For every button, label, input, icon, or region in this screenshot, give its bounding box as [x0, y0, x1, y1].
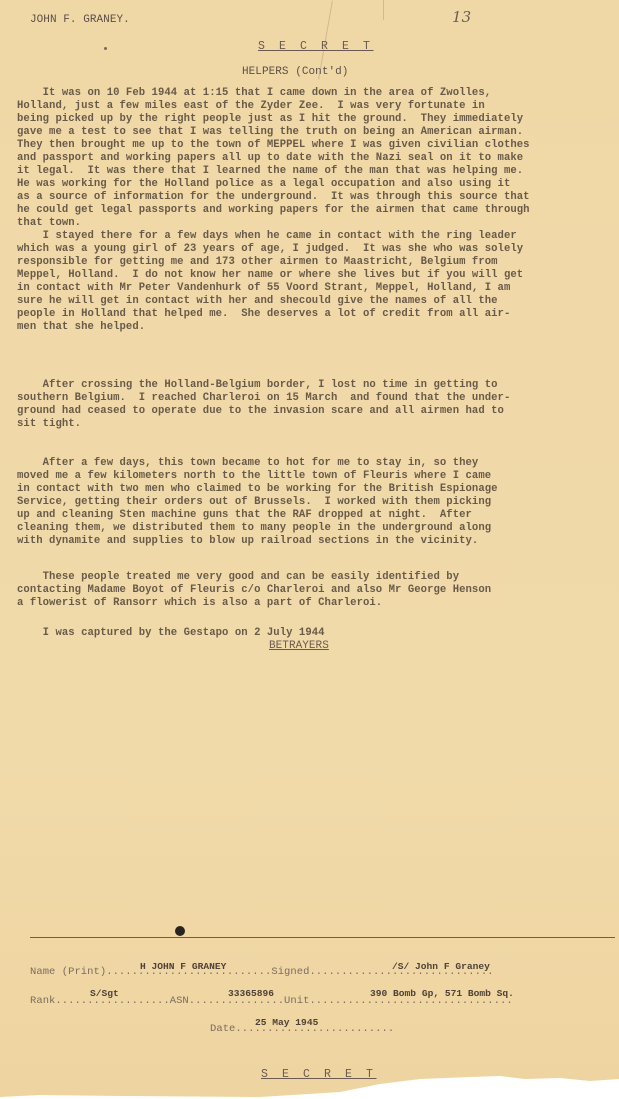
- text-line: in contact with two men who claimed to b…: [17, 483, 498, 496]
- text-line: After crossing the Holland-Belgium borde…: [17, 379, 498, 392]
- torn-edge: [0, 1059, 619, 1099]
- document-page: JOHN F. GRANEY. 13 S E C R E T HELPERS (…: [0, 0, 619, 1099]
- text-line: men that she helped.: [17, 321, 145, 334]
- rank-value: S/Sgt: [90, 988, 119, 999]
- text-line: These people treated me very good and ca…: [17, 571, 459, 584]
- section-title: HELPERS (Cont'd): [242, 66, 348, 79]
- text-line: cleaning them, we distributed them to ma…: [17, 522, 491, 535]
- text-line: southern Belgium. I reached Charleroi on…: [17, 392, 510, 405]
- text-line: that town.: [17, 217, 81, 230]
- text-line: He was working for the Holland police as…: [17, 178, 510, 191]
- text-line: with dynamite and supplies to blow up ra…: [17, 535, 478, 548]
- classification-top: S E C R E T: [258, 40, 374, 53]
- text-line: gave me a test to see that I was telling…: [17, 126, 523, 139]
- capture-statement: I was captured by the Gestapo on 2 July …: [17, 627, 325, 640]
- text-line: contacting Madame Boyot of Fleuris c/o C…: [17, 584, 491, 597]
- text-line: and passport and working papers all up t…: [17, 152, 523, 165]
- author-name: JOHN F. GRANEY.: [30, 14, 130, 27]
- text-line: It was on 10 Feb 1944 at 1:15 that I cam…: [17, 87, 491, 100]
- text-line: people in Holland that helped me. She de…: [17, 308, 510, 321]
- text-line: sit tight.: [17, 418, 81, 431]
- asn-value: 33365896: [228, 988, 274, 999]
- ink-blot: [175, 926, 185, 936]
- name-value: H JOHN F GRANEY: [140, 961, 226, 972]
- text-line: which was a young girl of 23 years of ag…: [17, 243, 523, 256]
- text-line: Service, getting their orders out of Bru…: [17, 496, 491, 509]
- text-line: moved me a few kilometers north to the l…: [17, 470, 491, 483]
- text-line: in contact with Mr Peter Vandenhurk of 5…: [17, 282, 510, 295]
- pin-hole: [104, 47, 107, 50]
- text-line: sure he will get in contact with her and…: [17, 295, 498, 308]
- paper-fold: [383, 0, 384, 20]
- date-value: 25 May 1945: [255, 1017, 318, 1028]
- text-line: as a source of information for the under…: [17, 191, 530, 204]
- text-line: Meppel, Holland. I do not know her name …: [17, 269, 523, 282]
- text-line: They then brought me up to the town of M…: [17, 139, 530, 152]
- page-number-mark: 13: [452, 11, 471, 24]
- signed-value: /S/ John F Graney: [392, 961, 490, 972]
- text-line: Holland, just a few miles east of the Zy…: [17, 100, 485, 113]
- divider-line: [30, 937, 615, 938]
- betrayers-heading: BETRAYERS: [269, 640, 329, 653]
- text-line: After a few days, this town became to ho…: [17, 457, 478, 470]
- unit-value: 390 Bomb Gp, 571 Bomb Sq.: [370, 988, 514, 999]
- text-line: responsible for getting me and 173 other…: [17, 256, 498, 269]
- text-line: up and cleaning Sten machine guns that t…: [17, 509, 472, 522]
- text-line: it legal. It was there that I learned th…: [17, 165, 523, 178]
- text-line: he could get legal passports and working…: [17, 204, 530, 217]
- text-line: ground had ceased to operate due to the …: [17, 405, 504, 418]
- text-line: a flowerist of Ransorr which is also a p…: [17, 597, 382, 610]
- text-line: I stayed there for a few days when he ca…: [17, 230, 517, 243]
- text-line: being picked up by the right people just…: [17, 113, 523, 126]
